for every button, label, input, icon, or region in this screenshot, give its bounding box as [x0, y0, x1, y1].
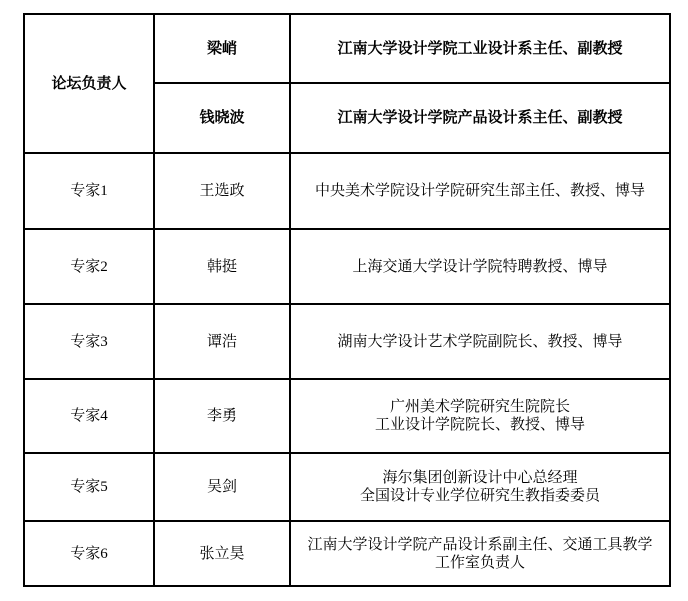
leader-title-cell: 江南大学设计学院工业设计系主任、副教授	[290, 14, 670, 83]
expert-title-line: 中央美术学院设计学院研究生部主任、教授、博导	[295, 182, 665, 200]
expert-title-cell: 湖南大学设计艺术学院副院长、教授、博导	[290, 304, 670, 379]
expert-name-cell: 张立昊	[154, 521, 290, 586]
experts-table: 论坛负责人 梁峭 江南大学设计学院工业设计系主任、副教授 钱晓波 江南大学设计学…	[23, 13, 671, 587]
expert-name-cell: 谭浩	[154, 304, 290, 379]
expert-name-cell: 吴剑	[154, 453, 290, 521]
table-row-expert-1: 专家1 王选政 中央美术学院设计学院研究生部主任、教授、博导	[24, 153, 670, 229]
expert-name-cell: 王选政	[154, 153, 290, 229]
expert-title-line: 工业设计学院院长、教授、博导	[295, 416, 665, 434]
leader-name-cell: 钱晓波	[154, 83, 290, 153]
table-row-expert-4: 专家4 李勇 广州美术学院研究生院院长 工业设计学院院长、教授、博导	[24, 379, 670, 453]
expert-title-cell: 中央美术学院设计学院研究生部主任、教授、博导	[290, 153, 670, 229]
table-row-leader-1: 论坛负责人 梁峭 江南大学设计学院工业设计系主任、副教授	[24, 14, 670, 83]
leader-title-cell: 江南大学设计学院产品设计系主任、副教授	[290, 83, 670, 153]
expert-role-cell: 专家1	[24, 153, 154, 229]
expert-title-line: 工作室负责人	[295, 554, 665, 572]
expert-name-cell: 韩挺	[154, 229, 290, 304]
expert-role-cell: 专家4	[24, 379, 154, 453]
table-row-expert-5: 专家5 吴剑 海尔集团创新设计中心总经理 全国设计专业学位研究生教指委委员	[24, 453, 670, 521]
expert-title-line: 全国设计专业学位研究生教指委委员	[295, 487, 665, 505]
expert-title-cell: 广州美术学院研究生院院长 工业设计学院院长、教授、博导	[290, 379, 670, 453]
expert-title-line: 江南大学设计学院产品设计系副主任、交通工具教学	[295, 536, 665, 554]
expert-title-cell: 上海交通大学设计学院特聘教授、博导	[290, 229, 670, 304]
expert-title-line: 上海交通大学设计学院特聘教授、博导	[295, 258, 665, 276]
expert-role-cell: 专家3	[24, 304, 154, 379]
table-row-expert-3: 专家3 谭浩 湖南大学设计艺术学院副院长、教授、博导	[24, 304, 670, 379]
expert-title-line: 海尔集团创新设计中心总经理	[295, 469, 665, 487]
expert-title-line: 广州美术学院研究生院院长	[295, 398, 665, 416]
expert-role-cell: 专家2	[24, 229, 154, 304]
leader-role-cell: 论坛负责人	[24, 14, 154, 153]
expert-name-cell: 李勇	[154, 379, 290, 453]
table-row-expert-6: 专家6 张立昊 江南大学设计学院产品设计系副主任、交通工具教学 工作室负责人	[24, 521, 670, 586]
expert-title-line: 湖南大学设计艺术学院副院长、教授、博导	[295, 333, 665, 351]
expert-role-cell: 专家5	[24, 453, 154, 521]
leader-name-cell: 梁峭	[154, 14, 290, 83]
expert-title-cell: 海尔集团创新设计中心总经理 全国设计专业学位研究生教指委委员	[290, 453, 670, 521]
table-row-expert-2: 专家2 韩挺 上海交通大学设计学院特聘教授、博导	[24, 229, 670, 304]
expert-title-cell: 江南大学设计学院产品设计系副主任、交通工具教学 工作室负责人	[290, 521, 670, 586]
expert-role-cell: 专家6	[24, 521, 154, 586]
